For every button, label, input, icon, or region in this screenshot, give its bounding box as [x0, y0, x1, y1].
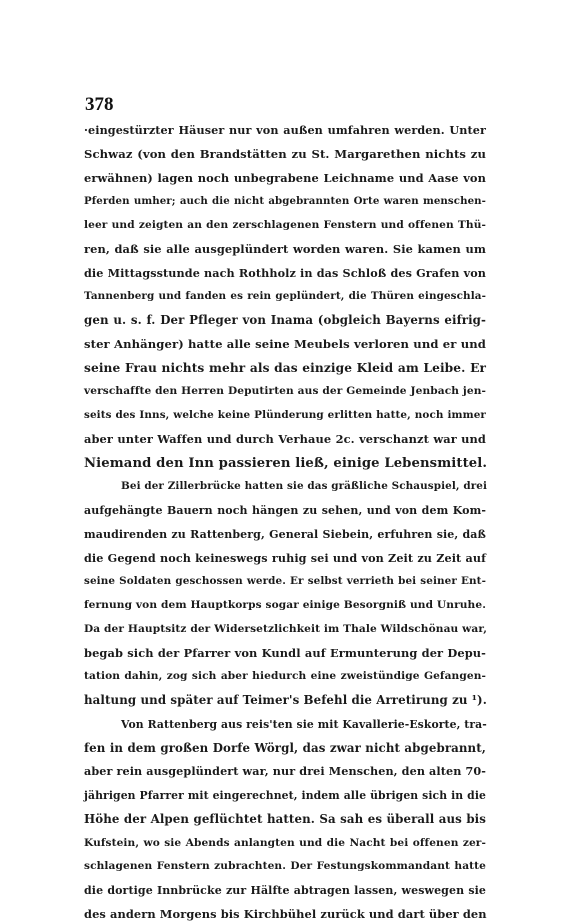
text-line: begab sich der Pfarrer von Kundl auf Erm… [84, 642, 486, 666]
text-line: die dortige Innbrücke zur Hälfte abtrage… [84, 879, 486, 903]
page-number: 378 [85, 94, 114, 116]
text-line: schlagenen Fenstern zubrachten. Der Fest… [84, 855, 486, 879]
text-line: aufgehängte Bauern noch hängen zu sehen,… [84, 499, 486, 523]
text-line: gen u. s. f. Der Pfleger von Inama (obgl… [84, 309, 486, 333]
text-line: jährigen Pfarrer mit eingerechnet, indem… [84, 784, 486, 808]
text-line: Da der Hauptsitz der Widersetzlichkeit i… [84, 618, 486, 642]
text-line: Bei der Zillerbrücke hatten sie das gräß… [84, 475, 486, 499]
text-line: seine Frau nichts mehr als das einzige K… [84, 357, 486, 381]
text-line: tation dahin, zog sich aber hiedurch ein… [84, 665, 486, 689]
text-line: aber unter Waffen und durch Verhaue 2c. … [84, 428, 486, 452]
text-line: die Mittagsstunde nach Rothholz in das S… [84, 262, 486, 286]
body-text: ·eingestürzter Häuser nur von außen umfa… [84, 119, 486, 922]
text-line: ren, daß sie alle ausgeplündert worden w… [84, 238, 486, 262]
text-line: leer und zeigten an den zerschlagenen Fe… [84, 214, 486, 238]
text-line: aber rein ausgeplündert war, nur drei Me… [84, 760, 486, 784]
text-line: erwähnen) lagen noch unbegrabene Leichna… [84, 167, 486, 191]
text-line: des andern Morgens bis Kirchbühel zurück… [84, 903, 486, 922]
text-line: Tannenberg und fanden es rein geplündert… [84, 285, 486, 309]
text-line: ster Anhänger) hatte alle seine Meubels … [84, 333, 486, 357]
text-line: fen in dem großen Dorfe Wörgl, das zwar … [84, 737, 486, 761]
text-line: maudirenden zu Rattenberg, General Siebe… [84, 523, 486, 547]
text-line: Kufstein, wo sie Abends anlangten und di… [84, 832, 486, 856]
text-line: fernung von dem Hauptkorps sogar einige … [84, 594, 486, 618]
text-line: seine Soldaten geschossen werde. Er selb… [84, 570, 486, 594]
text-line: Pferden umher; auch die nicht abgebrannt… [84, 190, 486, 214]
text-line: seits des Inns, welche keine Plünderung … [84, 404, 486, 428]
text-line: verschaffte den Herren Deputirten aus de… [84, 380, 486, 404]
text-line: Höhe der Alpen geflüchtet hatten. Sa sah… [84, 808, 486, 832]
text-line: die Gegend noch keineswegs ruhig sei und… [84, 547, 486, 571]
text-line: Niemand den Inn passieren ließ, einige L… [84, 452, 486, 476]
text-line: Schwaz (von den Brandstätten zu St. Marg… [84, 143, 486, 167]
text-line: haltung und später auf Teimer's Befehl d… [84, 689, 486, 713]
text-line: Von Rattenberg aus reis'ten sie mit Kava… [84, 713, 486, 737]
text-line: ·eingestürzter Häuser nur von außen umfa… [84, 119, 486, 143]
